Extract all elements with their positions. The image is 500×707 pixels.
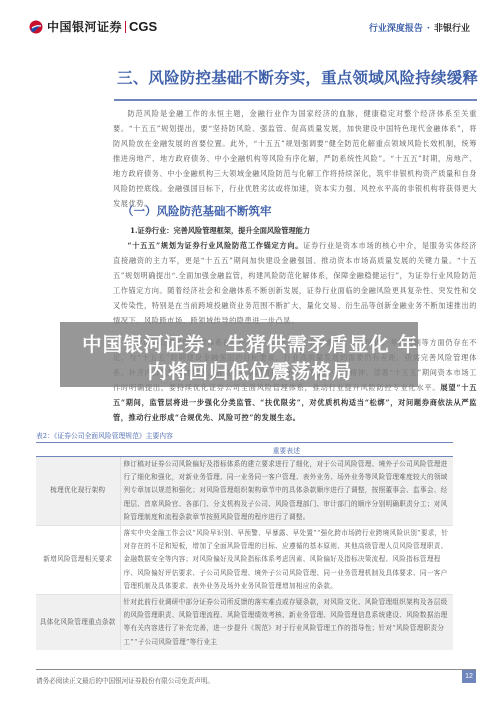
overlay-headline-line-1: 中国银河证券：生猪供需矛盾显化 年 — [0, 329, 500, 357]
footer-disclaimer: 请务必阅读正文最后的中国银河证券股份有限公司免责声明。 — [36, 675, 214, 685]
risk-management-table: 重要表述 梳理优化现行架构 修订稿对证券公司风险偏好及指标体系的建立要求进行了细… — [36, 442, 453, 650]
row-content: 针对此前行业调研中部分证券公司所反馈的落实难点或存疑条款，对风险文化、风险管理组… — [120, 595, 453, 650]
table-row: 具体化风险管理重点条款 针对此前行业调研中部分证券公司所反馈的落实难点或存疑条款… — [36, 595, 453, 650]
securities-paragraph-1: “十五五”规划为证券行业风险防范工作锚定方向。证券行业是资本市场的核心中介，是服… — [113, 238, 477, 328]
row-content: 修订稿对证券公司风险偏好及指标体系的建立要求进行了细化，对于公司风险管理、境外子… — [120, 457, 453, 526]
row-label: 梳理优化现行架构 — [36, 457, 120, 526]
logo-english: CGS — [129, 19, 157, 34]
row-label: 具体化风险管理重点条款 — [36, 595, 120, 650]
para1-lead: “十五五”规划为证券行业风险防范工作锚定方向。 — [127, 241, 303, 250]
section-title: 三、风险防控基础不断夯实，重点领域风险持续缓释 — [117, 66, 478, 88]
table-header-blank — [36, 443, 120, 457]
intro-paragraph: 防范风险是金融工作的永恒主题，金融行业作为国家经济的血脉，健康稳定对整个经济体系… — [113, 106, 477, 211]
page-number-badge: 12 — [462, 670, 476, 683]
overlay-headline-line-2: 内将回归低位震荡格局 — [0, 356, 500, 384]
logo-name: 中国银河证券 — [47, 18, 122, 35]
company-logo: 中国银河证券 CGS — [29, 18, 157, 35]
galaxy-logo-icon — [29, 20, 43, 34]
table-row: 梳理优化现行架构 修订稿对证券公司风险偏好及指标体系的建立要求进行了细化，对于公… — [36, 457, 453, 526]
header-separator: · — [427, 24, 430, 34]
page-header: 中国银河证券 CGS 行业深度报告·非银行业 — [0, 0, 500, 50]
para1-body: 证券行业是资本市场的核心中介，是服务实体经济直接融资的主力军，更是“十五五”期间… — [113, 241, 477, 325]
logo-divider — [125, 21, 126, 33]
title-divider — [114, 99, 477, 101]
table-row: 新增风险管理相关要求 落实中央金融工作会议“风险早识别、早预警、早暴露、早处置”… — [36, 526, 453, 595]
item-heading: 1.证券行业：完善风险管理框架，提升全面风险管理能力 — [130, 226, 310, 236]
subsection-title: （一）风险防范基础不断筑牢 — [122, 203, 272, 219]
table-caption: 表2：《证券公司全面风险管理规范》主要内容 — [36, 430, 173, 440]
row-label: 新增风险管理相关要求 — [36, 526, 120, 595]
table-header-row: 重要表述 — [36, 443, 453, 457]
industry-name: 非银行业 — [434, 24, 470, 34]
row-content: 落实中央金融工作会议“风险早识别、早预警、早暴露、早处置”“强化跨市场跨行业跨境… — [120, 526, 453, 595]
table-header-content: 重要表述 — [120, 443, 453, 457]
report-type-label: 行业深度报告·非银行业 — [369, 21, 470, 34]
footer-divider — [36, 669, 476, 670]
report-category: 行业深度报告 — [369, 24, 423, 34]
